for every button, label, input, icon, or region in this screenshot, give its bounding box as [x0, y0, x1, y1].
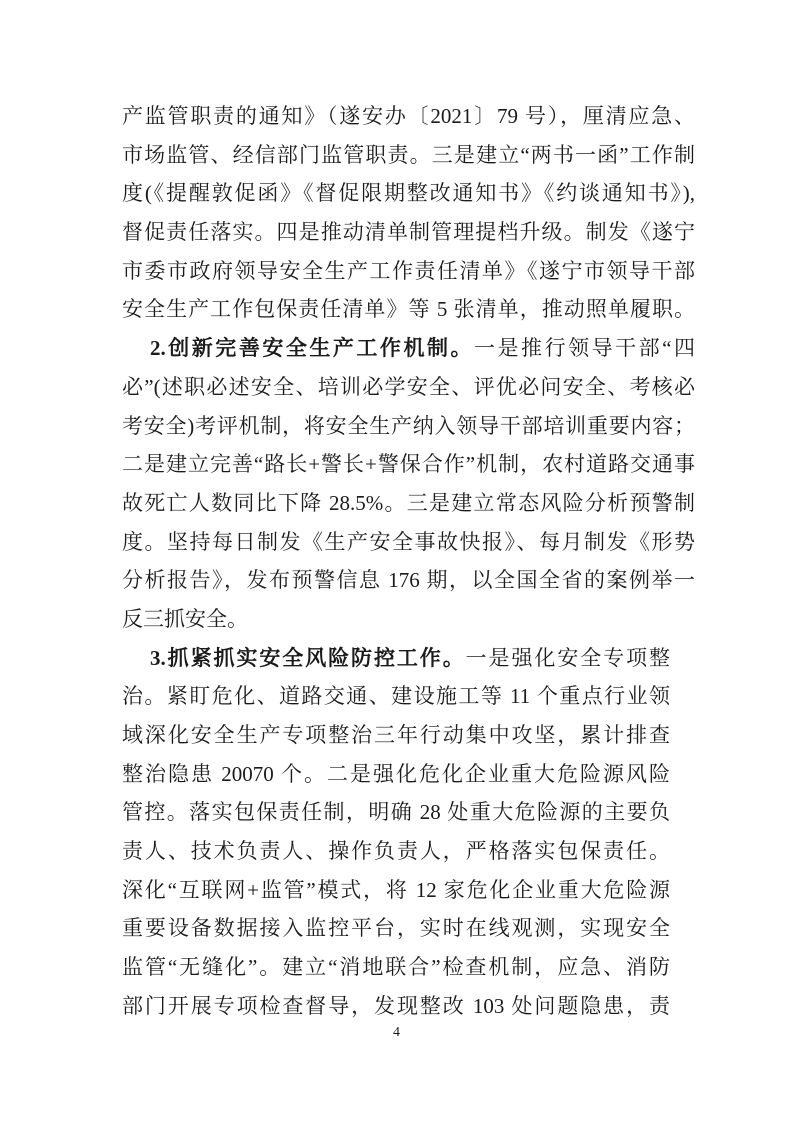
section-3-opening-text: 一是强化安全专项整: [466, 646, 670, 670]
paragraph-2-opening-line: 2.创新完善安全生产工作机制。一是推行领导干部“四: [122, 329, 695, 368]
section-3-heading: 3.抓紧抓实安全风险防控工作。: [150, 646, 466, 670]
text-line: 重要设备数据接入监控平台，实时在线观测，实现安全: [122, 909, 670, 948]
document-body: 产监管职责的通知》（遂安办〔2021〕79 号），厘清应急、 市场监管、经信部门…: [122, 97, 695, 1026]
text-line: 责人、技术负责人、操作负责人，严格落实包保责任。: [122, 832, 670, 871]
text-line: 督促责任落实。四是推动清单制管理提档升级。制发《遂宁: [122, 213, 695, 252]
text-line: 安全生产工作包保责任清单》等 5 张清单，推动照单履职。: [122, 290, 695, 329]
paragraph-3-opening-line: 3.抓紧抓实安全风险防控工作。一是强化安全专项整: [122, 639, 670, 678]
text-line: 度。坚持每日制发《生产安全事故快报》、每月制发《形势: [122, 523, 695, 562]
section-2-heading: 2.创新完善安全生产工作机制。: [150, 336, 474, 360]
text-line: 管控。落实包保责任制，明确 28 处重大危险源的主要负: [122, 793, 670, 832]
text-line: 二是建立完善“路长+警长+警保合作”机制，农村道路交通事: [122, 445, 695, 484]
text-line: 必”(述职必述安全、培训必学安全、评优必问安全、考核必: [122, 368, 695, 407]
text-line: 产监管职责的通知》（遂安办〔2021〕79 号），厘清应急、: [122, 97, 695, 136]
text-line: 市场监管、经信部门监管职责。三是建立“两书一函”工作制: [122, 136, 695, 175]
text-line: 部门开展专项检查督导，发现整改 103 处问题隐患，责: [122, 987, 670, 1026]
page-number: 4: [0, 1025, 793, 1041]
section-2-opening-text: 一是推行领导干部“四: [474, 336, 695, 360]
paragraph-3: 3.抓紧抓实安全风险防控工作。一是强化安全专项整 治。紧盯危化、道路交通、建设施…: [122, 639, 670, 1026]
text-line: 深化“互联网+监管”模式，将 12 家危化企业重大危险源: [122, 871, 670, 910]
text-line: 考安全)考评机制，将安全生产纳入领导干部培训重要内容；: [122, 407, 695, 446]
text-line: 监管“无缝化”。建立“消地联合”检查机制，应急、消防: [122, 948, 670, 987]
text-line: 域深化安全生产专项整治三年行动集中攻坚，累计排查: [122, 716, 670, 755]
text-line: 市委市政府领导安全生产工作责任清单》《遂宁市领导干部: [122, 252, 695, 291]
text-line: 反三抓安全。: [122, 600, 695, 639]
text-line: 分析报告》，发布预警信息 176 期，以全国全省的案例举一: [122, 561, 695, 600]
text-line: 故死亡人数同比下降 28.5%。三是建立常态风险分析预警制: [122, 484, 695, 523]
text-line: 度(《提醒敦促函》《督促限期整改通知书》《约谈通知书》),: [122, 174, 695, 213]
text-line: 整治隐患 20070 个。二是强化危化企业重大危险源风险: [122, 755, 670, 794]
document-page: 产监管职责的通知》（遂安办〔2021〕79 号），厘清应急、 市场监管、经信部门…: [0, 0, 793, 1122]
text-line: 治。紧盯危化、道路交通、建设施工等 11 个重点行业领: [122, 677, 670, 716]
